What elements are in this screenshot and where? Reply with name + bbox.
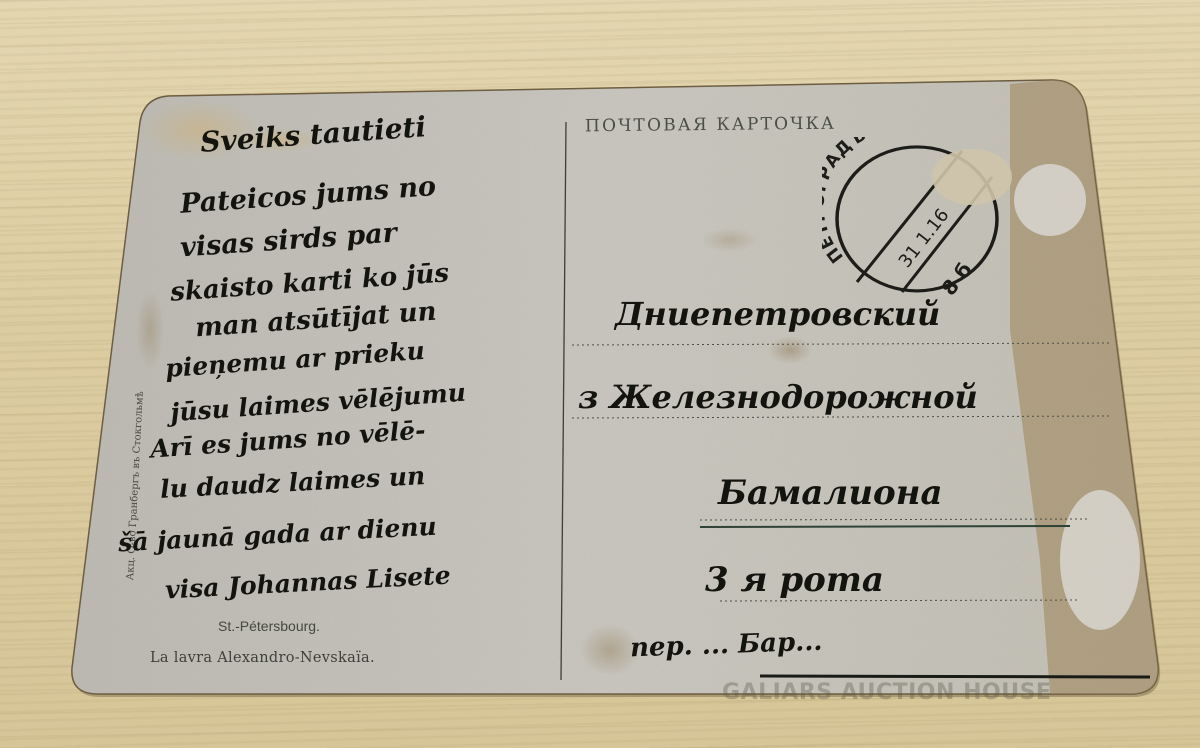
svg-text:ПЕТРОГРАДЪ: ПЕТРОГРАДЪ <box>822 137 870 266</box>
caption-city: St.-Pétersbourg. <box>218 618 320 634</box>
postcard-header: ПОЧТОВАЯ КАРТОЧКА <box>585 114 836 137</box>
address-line: з Железнодорожной <box>578 378 978 416</box>
caption-title: La lavra Alexandro-Nevskaïa. <box>150 650 375 666</box>
auction-watermark: GALIARS AUCTION HOUSE <box>722 680 1051 705</box>
postmark-city: ПЕТРОГРАДЪ <box>822 137 870 266</box>
address-line: 3 я рота <box>705 560 884 600</box>
postmark-code: 8 б <box>937 258 977 297</box>
address-line: Дниепетровский <box>615 295 940 333</box>
postmark-stamp: ПЕТРОГРАДЪ 31 1.16 8 б <box>822 137 1012 297</box>
postcard-photo: ПОЧТОВАЯ КАРТОЧКА Акц. О-во Гранбергъ въ… <box>0 0 1200 748</box>
address-line: Бамалиона <box>718 473 943 513</box>
